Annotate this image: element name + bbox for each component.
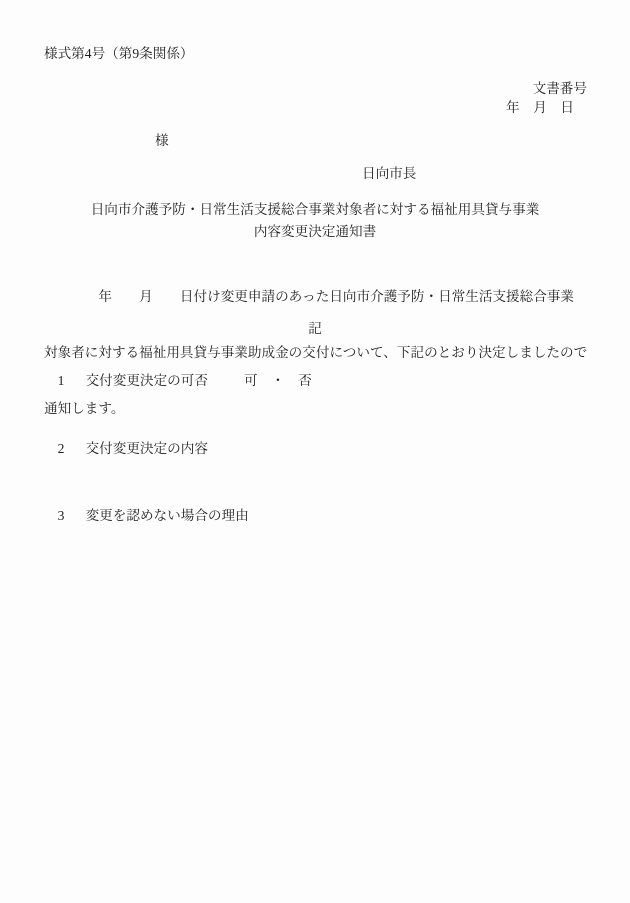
- list-item-approval: 1交付変更決定の可否可 ・ 否: [44, 356, 312, 407]
- date-line: 年 月 日: [506, 100, 574, 117]
- item-approval-options: 可 ・ 否: [244, 373, 312, 388]
- item-number: 3: [58, 508, 86, 525]
- document-title: 日向市介護予防・日常生活支援総合事業対象者に対する福祉用具貸与事業 内容変更決定…: [0, 199, 630, 242]
- list-item-denial-reason: 3変更を認めない場合の理由: [44, 491, 249, 542]
- notice-document-page: 様式第4号（第9条関係） 文書番号 年 月 日 様 日向市長 日向市介護予防・日…: [0, 0, 630, 903]
- list-item-decision-content: 2交付変更決定の内容: [44, 424, 208, 475]
- form-number-label: 様式第4号（第9条関係）: [44, 46, 194, 63]
- addressee-honorific: 様: [155, 133, 169, 150]
- item-label: 交付変更決定の可否: [86, 373, 208, 388]
- document-title-line-2: 内容変更決定通知書: [0, 221, 630, 243]
- document-title-line-1: 日向市介護予防・日常生活支援総合事業対象者に対する福祉用具貸与事業: [0, 199, 630, 221]
- body-paragraph-line-1: 年 月 日付け変更申請のあった日向市介護予防・日常生活支援総合事業: [44, 288, 590, 307]
- record-heading: 記: [0, 321, 630, 338]
- item-label: 交付変更決定の内容: [86, 441, 208, 456]
- document-number-label: 文書番号: [533, 81, 587, 98]
- item-number: 2: [58, 441, 86, 458]
- item-number: 1: [58, 373, 86, 390]
- sender-name: 日向市長: [362, 166, 416, 183]
- item-label: 変更を認めない場合の理由: [86, 508, 249, 523]
